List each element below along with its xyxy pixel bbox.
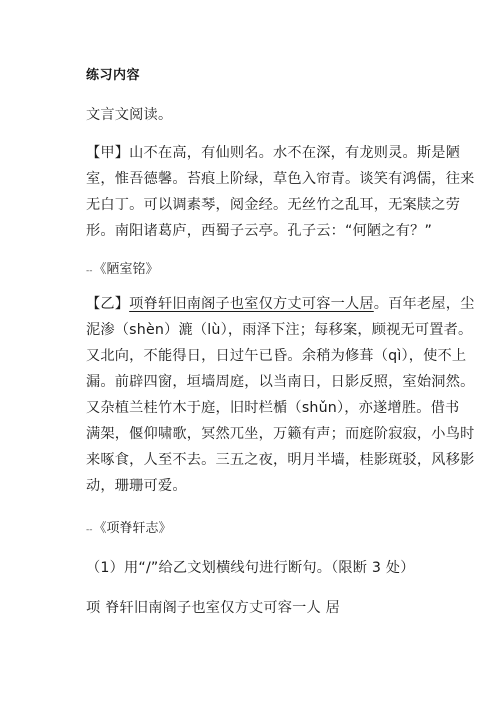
source-dash: -- (86, 525, 93, 535)
underlined-sentence: 项脊轩旧南阁子也室仅方丈可容一人居 (129, 296, 374, 312)
passage-b-line-5: 又杂植兰桂竹木于庭，旧时栏楯（shǔn），亦遂增胜。借书 (86, 395, 426, 421)
passage-a-line-2: 室，惟吾德馨。苔痕上阶绿，草色入帘青。谈笑有鸿儒，往来 (86, 166, 426, 192)
section-heading: 练习内容 (86, 64, 140, 83)
passage-b-line-1: 【乙】项脊轩旧南阁子也室仅方丈可容一人居。百年老屋，尘 (86, 291, 426, 317)
passage-b-line-7: 来啄食，人至不去。三五之夜，明月半墙，桂影斑驳，风移影 (86, 447, 426, 473)
passage-a-source: --《陋室铭》 (86, 258, 159, 277)
passage-b-line-8: 动，珊珊可爱。 (86, 473, 426, 499)
passage-b-text: 。百年老屋，尘 (374, 296, 475, 312)
passage-b-source: --《项脊轩志》 (86, 517, 172, 536)
passage-a-label: 【甲】 (86, 145, 129, 161)
passage-b-label: 【乙】 (86, 296, 129, 312)
passage-b-line-3: 又北向，不能得日，日过午已昏。余稍为修葺（qì），使不上 (86, 343, 426, 369)
passage-a-line-1: 【甲】山不在高，有仙则名。水不在深，有龙则灵。斯是陋 (86, 140, 426, 166)
answer-line: 项 脊轩旧南阁子也室仅方丈可容一人 居 (86, 597, 340, 617)
intro-text: 文言文阅读。 (86, 104, 172, 124)
passage-a-line-3: 无白丁。可以调素琴，阅金经。无丝竹之乱耳，无案牍之劳 (86, 192, 426, 218)
passage-b-line-2: 泥渗（shèn）漉（lù），雨泽下注；每移案，顾视无可置者。 (86, 317, 426, 343)
passage-b: 【乙】项脊轩旧南阁子也室仅方丈可容一人居。百年老屋，尘 泥渗（shèn）漉（lù… (86, 291, 426, 499)
passage-a: 【甲】山不在高，有仙则名。水不在深，有龙则灵。斯是陋 室，惟吾德馨。苔痕上阶绿，… (86, 140, 426, 244)
passage-b-line-6: 满架，偃仰啸歌，冥然兀坐，万籁有声；而庭阶寂寂，小鸟时 (86, 421, 426, 447)
passage-b-line-4: 漏。前辟四窗，垣墙周庭，以当南日，日影反照，室始洞然。 (86, 369, 426, 395)
source-title: 《陋室铭》 (94, 262, 159, 277)
passage-a-line-4: 形。南阳诸葛庐，西蜀子云亭。孔子云：“何陋之有？” (86, 218, 426, 244)
source-title: 《项脊轩志》 (94, 521, 172, 536)
document-page: 练习内容 文言文阅读。 【甲】山不在高，有仙则名。水不在深，有龙则灵。斯是陋 室… (0, 0, 500, 707)
question-1: （1）用“/”给乙文划横线句进行断句。（限断 3 处） (86, 557, 415, 577)
source-dash: -- (86, 266, 93, 276)
passage-a-text: 山不在高，有仙则名。水不在深，有龙则灵。斯是陋 (129, 145, 460, 161)
